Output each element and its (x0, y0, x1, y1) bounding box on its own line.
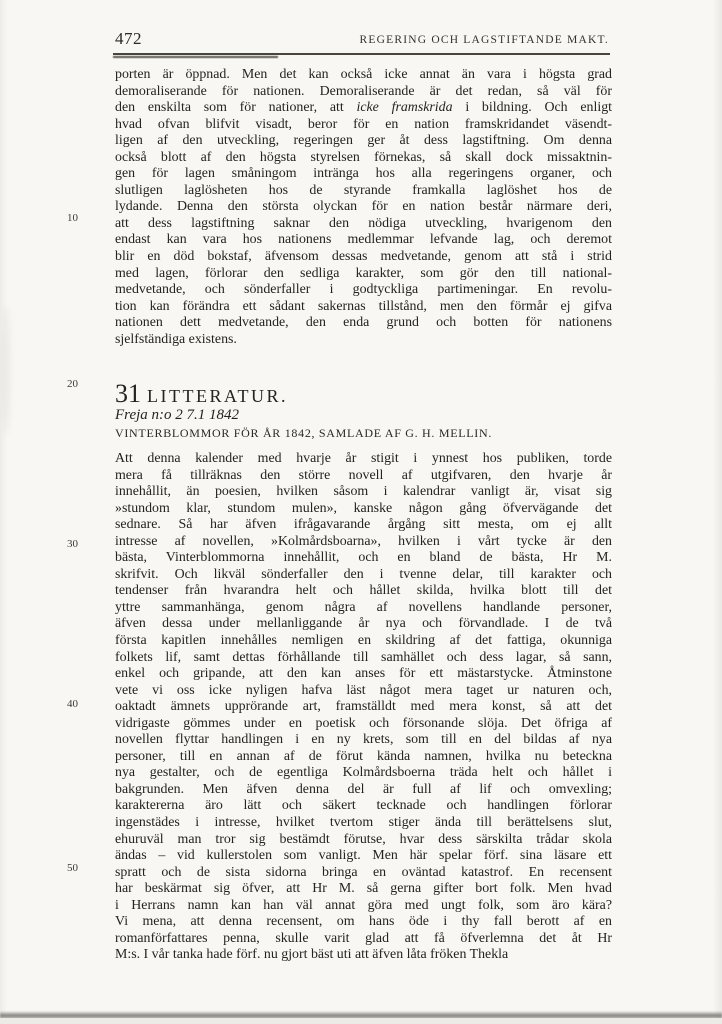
text-line: tion kan förändra ett sådant sakernas ti… (115, 299, 612, 316)
text-line: med lagen, förlorar den sedliga karakter… (115, 266, 612, 283)
text-line: endast kan vara hos nationens medlemmar … (115, 232, 612, 249)
text-line: karaktererna äro lätt och säkert tecknad… (115, 798, 612, 815)
margin-line-number-20: 20 (50, 378, 78, 390)
paragraph-regering-lagstiftande: porten är öppnad. Men det kan också icke… (115, 67, 612, 348)
text-line: bakgrunden. Men äfven denna del är full … (115, 782, 612, 799)
text-line: lydande. Denna den största olyckan för e… (115, 199, 612, 216)
text-line: blir en död bokstaf, äfvensom dessas med… (115, 249, 612, 266)
scan-left-edge-shade (0, 0, 7, 1024)
text-line: spratt och de sista sidorna bringa en ov… (115, 865, 612, 882)
section-subject-line: VINTERBLOMMOR FÖR ÅR 1842, SAMLADE AF G.… (115, 426, 492, 441)
margin-line-number-10: 10 (50, 212, 78, 224)
margin-line-number-50: 50 (50, 862, 78, 874)
section-title: LITTERATUR. (147, 386, 288, 406)
text-line: mera få tillräknas den större novell af … (115, 468, 612, 485)
text-line: slutligen laglösheten hos de styrande fr… (115, 183, 612, 200)
text-line: novellen flyttar handlingen i en ny kret… (115, 732, 612, 749)
text-line: sednare. Så har äfven ifrågavarande årgå… (115, 517, 612, 534)
text-line: äfven dessa under mellanliggande år nya … (115, 616, 612, 633)
text-line: nationen dett medvetande, den enda grund… (115, 315, 612, 332)
text-line: medvetande, och sönderfaller i godtyckli… (115, 282, 612, 299)
text-line: Vi mena, att denna recensent, om hans öd… (115, 914, 612, 931)
text-line: ligen af den utveckling, regeringen ger … (115, 133, 612, 150)
text-line: tendenser från hvarandra helt och hållet… (115, 583, 612, 600)
header-rule (113, 53, 610, 55)
text-line: sjelfständiga existens. (115, 332, 612, 349)
section-source-line: Freja n:o 2 7.1 1842 (115, 407, 239, 424)
text-line: att dess lagstiftning saknar den nödiga … (115, 216, 612, 233)
text-line: vidrigaste gömmes under en poetisk och f… (115, 716, 612, 733)
text-line: hvad ofvan blifvit visadt, beror för en … (115, 117, 612, 134)
running-title: REGERING OCH LAGSTIFTANDE MAKT. (360, 34, 609, 46)
text-line: enkel och gripande, att den kan anses fö… (115, 666, 612, 683)
text-line: första kapitlen innehålles nemligen en s… (115, 633, 612, 650)
margin-line-number-30: 30 (50, 538, 78, 550)
text-line: ehuruväl man tror sig bestämdt förutse, … (115, 832, 612, 849)
text-line: folkets lif, samt dettas förhållande til… (115, 650, 612, 667)
text-line: romanförfattares penna, skulle varit gla… (115, 931, 612, 948)
text-line: yttre sammanhänga, genom några af novell… (115, 600, 612, 617)
section-heading: 31LITTERATUR. (115, 379, 288, 409)
text-line: också blott af den högsta styrelsen förn… (115, 150, 612, 167)
scan-bottom-margin (0, 1018, 722, 1024)
text-line: nya gestalter, och de egentliga Kolmårds… (115, 765, 612, 782)
text-line: personer, till en annan af de förut känd… (115, 749, 612, 766)
text-line: demoraliserande för nationen. Demoralise… (115, 84, 612, 101)
text-line: har beskärmat sig öfver, att Hr M. så ge… (115, 881, 612, 898)
text-line: bästa, Vinterblommorna innehållit, och e… (115, 550, 612, 567)
margin-line-number-40: 40 (50, 698, 78, 710)
text-line: intresse af novellen, »Kolmårdsboarna», … (115, 534, 612, 551)
scan-right-edge-shade (713, 0, 722, 1024)
text-line: gen för lagen småningom intränga hos all… (115, 166, 612, 183)
text-line: Att denna kalender med hvarje år stigit … (115, 451, 612, 468)
text-line: porten är öppnad. Men det kan också icke… (115, 67, 612, 84)
text-line: ingenstädes i intresse, hvilket tvertom … (115, 815, 612, 832)
text-line: M:s. I vår tanka hade förf. nu gjort bäs… (115, 947, 612, 964)
text-line: i Herrans namn kan han väl annat göra me… (115, 898, 612, 915)
text-line: innehållit, än poesien, hvilken såsom i … (115, 484, 612, 501)
text-line: ändas – vid kullerstolen som vanligt. Me… (115, 848, 612, 865)
section-number: 31 (115, 379, 141, 408)
text-line: den enskilta som för nationer, att icke … (115, 100, 612, 117)
text-line: vete vi oss icke nyligen hafva läst någo… (115, 683, 612, 700)
paragraph-review-vinterblommor: Att denna kalender med hvarje år stigit … (115, 451, 612, 964)
header-rule-smudge (113, 56, 278, 58)
page-number: 472 (115, 29, 142, 49)
text-line: »stundom klar, stundom mulen», kanske nå… (115, 501, 612, 518)
scanned-book-page: 472 REGERING OCH LAGSTIFTANDE MAKT. 10 2… (0, 0, 722, 1024)
text-line: skrifvit. Och likväl sönderfaller den i … (115, 567, 612, 584)
text-line: oaktadt ämnets upprörande art, framställ… (115, 699, 612, 716)
